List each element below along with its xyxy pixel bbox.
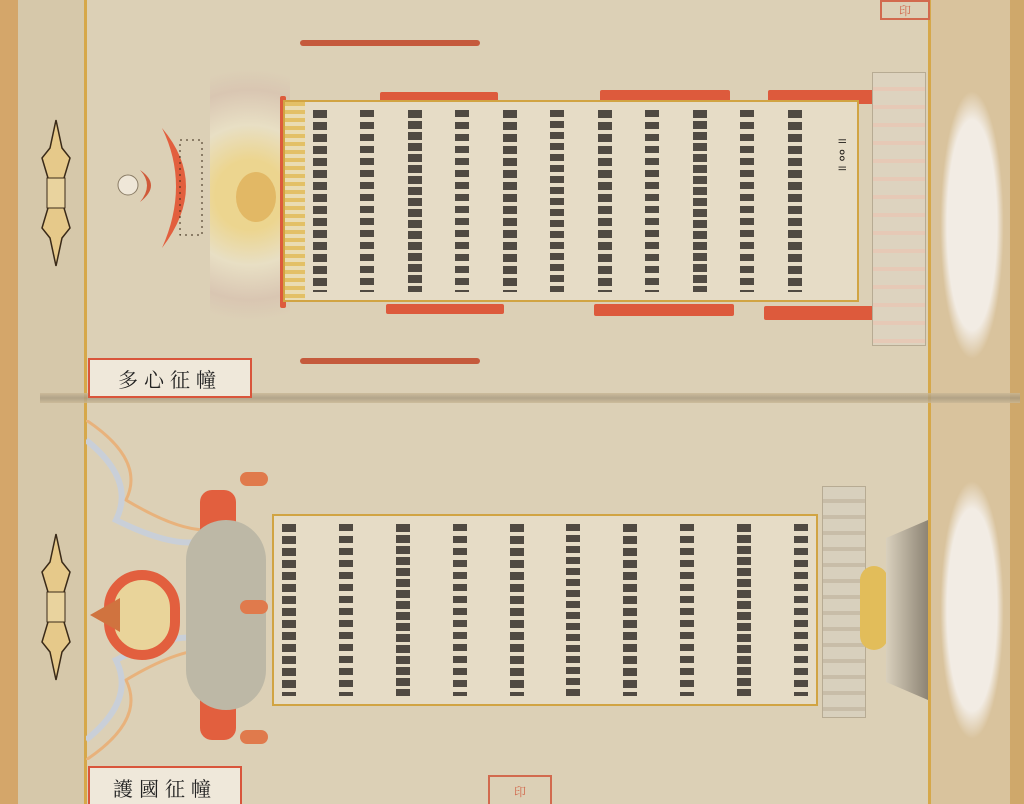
page-marker-text: ॥ ०० ॥	[833, 138, 850, 173]
tassel-icon	[240, 472, 268, 486]
lower-title-text: 護國征幢	[113, 773, 217, 802]
upper-ribbon-bottom-3	[764, 306, 874, 320]
text-line	[510, 524, 524, 696]
text-line	[645, 110, 659, 292]
text-line	[740, 110, 754, 292]
text-line	[408, 110, 422, 292]
vajra-icon-upper	[38, 118, 74, 268]
lower-cloud-icon	[940, 480, 1004, 740]
upper-cloud-icon	[940, 90, 1004, 360]
text-line	[566, 524, 580, 696]
upper-text-panel: ॥ ०० ॥	[283, 100, 859, 302]
seal-top-right-glyph: 印	[899, 2, 911, 19]
lotus-jewel-icon	[236, 172, 276, 222]
text-line	[737, 524, 751, 696]
canopy-dome	[186, 520, 266, 710]
upper-title-label: 多心征幢	[88, 358, 252, 398]
lower-stepped-base	[886, 520, 928, 700]
text-line	[313, 110, 327, 292]
upper-ribbon-bottom-2	[594, 304, 734, 316]
upper-gilded-margin	[285, 102, 305, 300]
upper-lotus-pedestal	[872, 72, 926, 346]
seal-bottom-center: 印	[488, 775, 552, 804]
text-line	[503, 110, 517, 292]
text-line	[455, 110, 469, 292]
seal-top-right: 印	[880, 0, 930, 20]
text-line	[360, 110, 374, 292]
text-line	[623, 524, 637, 696]
mount-left-strip	[0, 0, 18, 804]
upper-ribbon-bottom-1	[386, 304, 504, 314]
lower-text-panel	[272, 514, 818, 706]
seal-bottom-center-glyph: 印	[514, 783, 526, 800]
text-line	[680, 524, 694, 696]
text-line	[453, 524, 467, 696]
lower-jewel-icon	[860, 566, 888, 650]
text-line	[396, 524, 410, 696]
text-line	[788, 110, 802, 292]
text-line	[794, 524, 808, 696]
text-line	[282, 524, 296, 696]
tassel-icon	[240, 600, 268, 614]
text-line	[339, 524, 353, 696]
lower-text-columns	[282, 524, 808, 696]
tassel-icon	[240, 730, 268, 744]
lower-title-label: 護國征幢	[88, 766, 242, 804]
page-marker: ॥ ०० ॥	[835, 110, 849, 200]
text-line	[693, 110, 707, 292]
text-line	[550, 110, 564, 292]
text-line	[598, 110, 612, 292]
vajra-icon-lower	[38, 532, 74, 682]
upper-tassel-top	[300, 40, 480, 46]
upper-tassel-bottom	[300, 358, 480, 364]
upper-text-columns: ॥ ०० ॥	[313, 110, 849, 292]
upper-title-text: 多心征幢	[118, 364, 222, 393]
